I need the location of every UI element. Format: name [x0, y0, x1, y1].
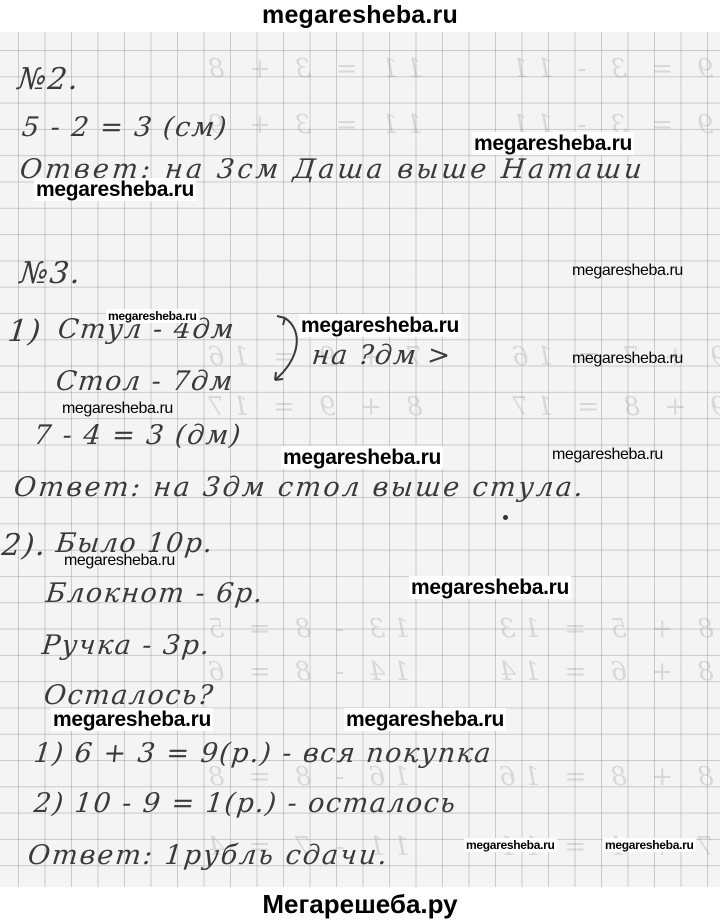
reverse-side-show-through: 8 + 5 = 13 13 - 8 = 5	[200, 614, 714, 644]
ink-dot	[503, 515, 508, 520]
reverse-side-show-through: 8 + 6 = 14 14 - 8 = 6	[200, 657, 714, 687]
watermark: megaresheba.ru	[570, 262, 685, 280]
task3-part1-equation: 7 - 4 = 3 (дм)	[32, 420, 243, 451]
site-header-watermark: megaresheba.ru	[0, 0, 720, 32]
site-footer-watermark: Мегарешеба.ру	[0, 887, 720, 921]
task3-part1-question: на ?дм >	[310, 340, 453, 371]
task3-part2-answer: Ответ: 1рубль сдачи.	[26, 840, 390, 871]
reverse-side-show-through: 9 + 8 = 17 8 + 9 = 17	[200, 392, 720, 422]
watermark: megaresheba.ru	[62, 552, 177, 570]
watermark: megaresheba.ru	[299, 314, 461, 337]
watermark: megaresheba.ru	[409, 576, 571, 599]
watermark: megaresheba.ru	[60, 400, 175, 418]
watermark: megaresheba.ru	[472, 132, 634, 155]
task2-equation: 5 - 2 = 3 (см)	[20, 112, 229, 143]
watermark: megaresheba.ru	[106, 309, 199, 323]
task3-part1-label: 1)	[6, 314, 43, 349]
notebook-page: 9 = 3 - 11 11 = 3 + 8 9 = 3 - 11 11 = 3 …	[0, 32, 720, 887]
task3-part2-pen: Ручка - 3р.	[40, 630, 212, 661]
task3-part1-line2: Стол - 7дм	[54, 366, 235, 397]
reverse-side-show-through: 9 = 3 - 11 11 = 3 + 8	[200, 54, 714, 84]
task3-part2-label: 2).	[0, 528, 49, 563]
watermark: megaresheba.ru	[281, 446, 443, 469]
watermark: megaresheba.ru	[570, 350, 685, 368]
comparison-arrow-icon	[255, 312, 315, 392]
watermark: megaresheba.ru	[603, 838, 696, 852]
task3-part2-step2: 2) 10 - 9 = 1(р.) - осталось	[32, 788, 458, 819]
task3-part1-answer: Ответ: на 3дм стол выше стула.	[12, 472, 587, 503]
task2-number: №2.	[16, 62, 81, 97]
watermark: megaresheba.ru	[34, 178, 196, 201]
task3-number: №3.	[18, 256, 83, 291]
reverse-side-show-through: 9 = 3 - 11 11 = 3 + 9	[200, 110, 714, 140]
task3-part2-notebook: Блокнот - 6р.	[44, 578, 265, 609]
watermark: megaresheba.ru	[51, 708, 213, 731]
task3-part2-question: Осталось?	[42, 680, 215, 711]
task3-part2-step1: 1) 6 + 3 = 9(р.) - вся покупка	[32, 738, 493, 769]
watermark: megaresheba.ru	[550, 446, 665, 464]
watermark: megaresheba.ru	[344, 708, 506, 731]
watermark: megaresheba.ru	[464, 838, 557, 852]
